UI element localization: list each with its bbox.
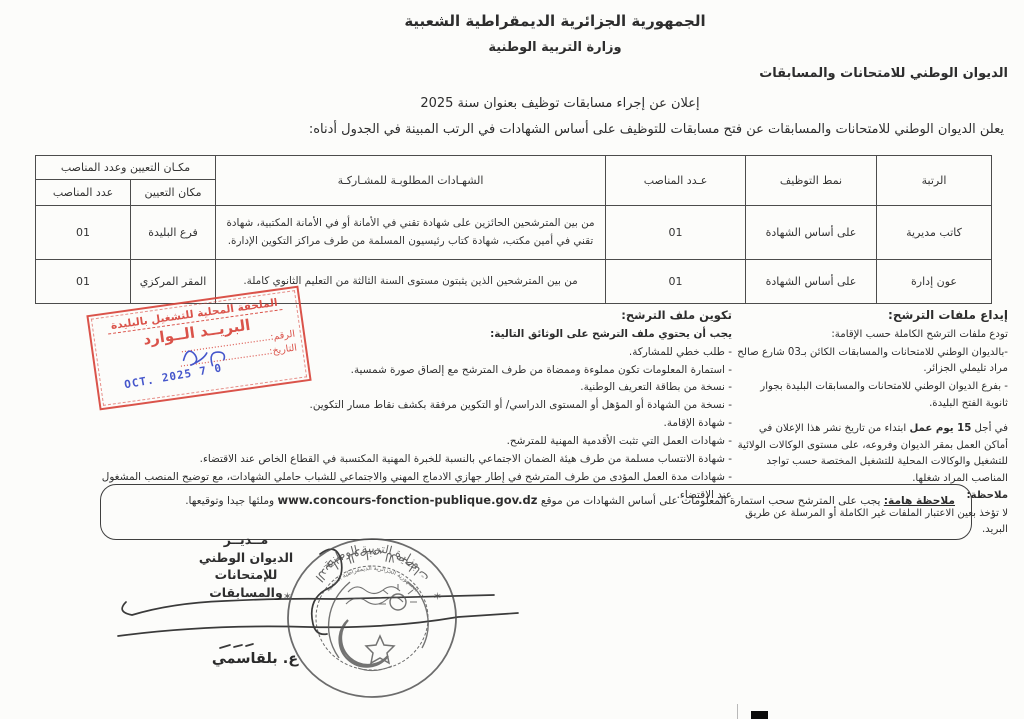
table-row: كاتب مديرية على أساس الشهادة 01 من بين ا…	[36, 206, 992, 260]
col-header-place-group: مكـان التعيين وعدد المناصب	[36, 156, 216, 180]
col-header-mode: نمط التوظيف	[746, 156, 877, 206]
file-item: - شهادة الانتساب مسلمة من طرف هيئة الضما…	[100, 451, 732, 469]
cell-place-count: 01	[36, 260, 131, 304]
seal-star-right: ✶	[433, 590, 442, 603]
cell-count: 01	[606, 260, 746, 304]
cell-mode: على أساس الشهادة	[746, 260, 877, 304]
announcement-intro: يعلن الديوان الوطني للامتحانات والمسابقا…	[214, 122, 1004, 137]
cell-certs: من بين المترشحين الحائزين على شهادة تقني…	[216, 206, 606, 260]
concours-website-url: www.concours-fonction-publique.gov.dz	[278, 493, 538, 507]
col-header-place-count: عدد المناصب	[36, 180, 131, 206]
deadline-duration: 15 يوم عمل	[909, 423, 971, 434]
official-round-seal: وزارة التربية الوطنية الجمهورية الجزائري…	[276, 530, 468, 708]
deposit-note-label: ملاحظة:	[966, 490, 1008, 501]
jobs-table: الرتبة نمط التوظيف عـدد المناصب الشهـادا…	[35, 155, 992, 304]
seal-star-left: ✶	[283, 590, 292, 603]
cell-place-count: 01	[36, 206, 131, 260]
scan-artifact-mark	[751, 711, 768, 719]
deposit-title: إيداع ملفات الترشح:	[736, 306, 1008, 325]
col-header-certs: الشهـادات المطلوبـة للمشـاركـة	[216, 156, 606, 206]
scanned-announcement-document: الجمهورية الجزائرية الديمقراطية الشعبية …	[0, 0, 1024, 719]
cell-rank: عون إدارة	[877, 260, 992, 304]
table-row: عون إدارة على أساس الشهادة 01 من بين الم…	[36, 260, 992, 304]
cell-mode: على أساس الشهادة	[746, 206, 877, 260]
col-header-rank: الرتبة	[877, 156, 992, 206]
file-item: - شهادات العمل التي تثبت الأقدمية المهني…	[100, 433, 732, 451]
col-header-place: مكان التعيين	[131, 180, 216, 206]
file-item: - شهادة الإقامة.	[100, 415, 732, 433]
algeria-emblem	[329, 582, 429, 671]
deposit-item: - بفرع الديوان الوطني للامتحانات والمساب…	[736, 379, 1008, 412]
important-note-text: يجب على المترشح سحب استمارة المعلومات عل…	[537, 495, 883, 507]
deposit-deadline: في أجل 15 يوم عمل ابتداء من تاريخ نشر هذ…	[736, 421, 1008, 487]
deposit-item: -بالديوان الوطني للامتحانات والمسابقات ا…	[736, 345, 1008, 378]
important-note-label: ملاحظة هامة:	[884, 495, 955, 507]
ministry-title: وزارة التربية الوطنية	[340, 40, 770, 55]
deposit-lead: تودع ملفات الترشح الكاملة حسب الإقامة:	[736, 327, 1008, 344]
file-item: - نسخة من الشهادة أو المؤهل أو المستوى ا…	[100, 397, 732, 415]
cell-count: 01	[606, 206, 746, 260]
scan-artifact-line	[737, 704, 738, 719]
announcement-title: إعلان عن إجراء مسابقات توظيف بعنوان سنة …	[240, 96, 880, 111]
country-title: الجمهورية الجزائرية الديمقراطية الشعبية	[340, 12, 770, 30]
cell-rank: كاتب مديرية	[877, 206, 992, 260]
office-title: الديوان الوطني للامتحانات والمسابقات	[708, 66, 1008, 81]
cell-place: المقر المركزي	[131, 260, 216, 304]
important-note-tail: وملئها جيدا وتوقيعها.	[185, 495, 277, 507]
col-header-count: عـدد المناصب	[606, 156, 746, 206]
cell-place: فرع البليدة	[131, 206, 216, 260]
